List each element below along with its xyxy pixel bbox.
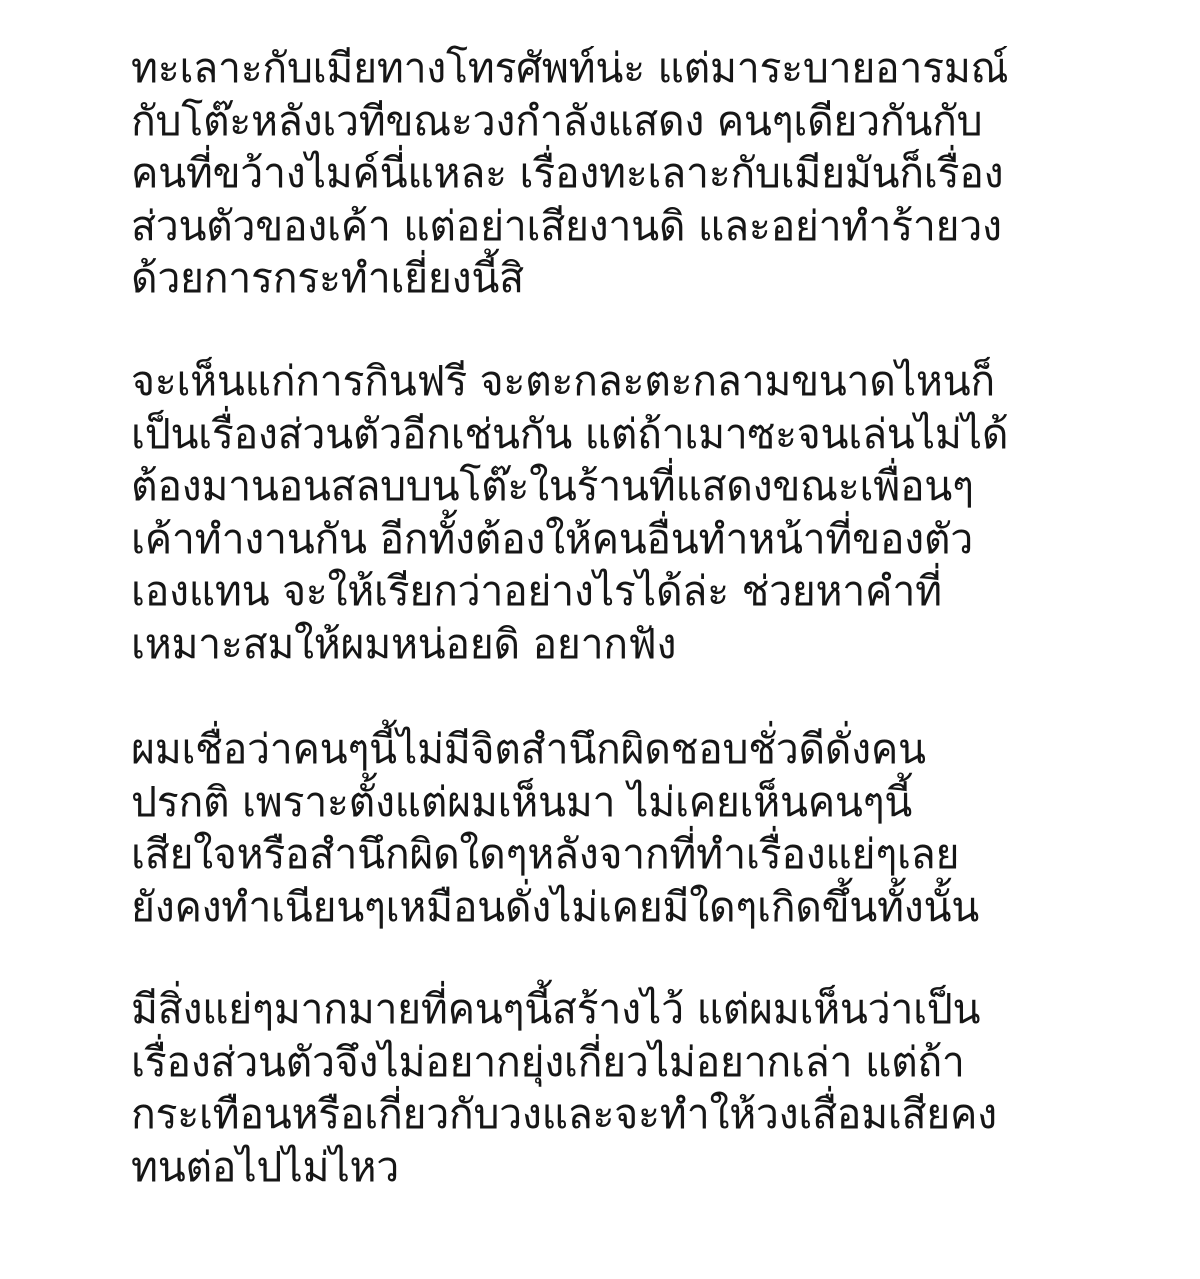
- text-line: ยังคงทำเนียนๆเหมือนดั่งไม่เคยมีใดๆเกิดขึ…: [131, 881, 1091, 934]
- text-line: ปรกติ เพราะตั้งแต่ผมเห็นมา ไม่เคยเห็นคนๆ…: [131, 776, 1091, 829]
- thai-text-document: ทะเลาะกับเมียทางโทรศัพท์น่ะ แต่มาระบายอา…: [0, 0, 1200, 1279]
- paragraph-2: จะเห็นแก่การกินฟรี จะตะกละตะกลามขนาดไหนก…: [131, 355, 1091, 670]
- text-line: ผมเชื่อว่าคนๆนี้ไม่มีจิตสำนึกผิดชอบชั่วด…: [131, 723, 1091, 776]
- text-line: คนที่ขว้างไมค์นี่แหละ เรื่องทะเลาะกับเมี…: [131, 147, 1091, 200]
- text-line: ด้วยการกระทำเยี่ยงนี้สิ: [131, 252, 1091, 305]
- text-line: ต้องมานอนสลบบนโต๊ะในร้านที่แสดงขณะเพื่อน…: [131, 460, 1091, 513]
- paragraph-3: ผมเชื่อว่าคนๆนี้ไม่มีจิตสำนึกผิดชอบชั่วด…: [131, 723, 1091, 933]
- paragraph-4: มีสิ่งแย่ๆมากมายที่คนๆนี้สร้างไว้ แต่ผมเ…: [131, 983, 1091, 1193]
- text-line: เค้าทำงานกัน อีกทั้งต้องให้คนอื่นทำหน้าท…: [131, 513, 1091, 566]
- paragraph-1: ทะเลาะกับเมียทางโทรศัพท์น่ะ แต่มาระบายอา…: [131, 42, 1091, 305]
- text-line: จะเห็นแก่การกินฟรี จะตะกละตะกลามขนาดไหนก…: [131, 355, 1091, 408]
- text-line: มีสิ่งแย่ๆมากมายที่คนๆนี้สร้างไว้ แต่ผมเ…: [131, 983, 1091, 1036]
- text-line: ทะเลาะกับเมียทางโทรศัพท์น่ะ แต่มาระบายอา…: [131, 42, 1091, 95]
- text-line: เรื่องส่วนตัวจึงไม่อยากยุ่งเกี่ยวไม่อยาก…: [131, 1036, 1091, 1089]
- text-line: เหมาะสมให้ผมหน่อยดิ อยากฟัง: [131, 618, 1091, 671]
- text-line: กับโต๊ะหลังเวทีขณะวงกำลังแสดง คนๆเดียวกั…: [131, 95, 1091, 148]
- text-line: เองแทน จะให้เรียกว่าอย่างไรได้ล่ะ ช่วยหา…: [131, 565, 1091, 618]
- text-line: กระเทือนหรือเกี่ยวกับวงและจะทำให้วงเสื่อ…: [131, 1088, 1091, 1141]
- text-line: เป็นเรื่องส่วนตัวอีกเช่นกัน แต่ถ้าเมาซะจ…: [131, 408, 1091, 461]
- text-line: เสียใจหรือสำนึกผิดใดๆหลังจากที่ทำเรื่องแ…: [131, 828, 1091, 881]
- text-line: ส่วนตัวของเค้า แต่อย่าเสียงานดิ และอย่าท…: [131, 200, 1091, 253]
- text-line: ทนต่อไปไม่ไหว: [131, 1141, 1091, 1194]
